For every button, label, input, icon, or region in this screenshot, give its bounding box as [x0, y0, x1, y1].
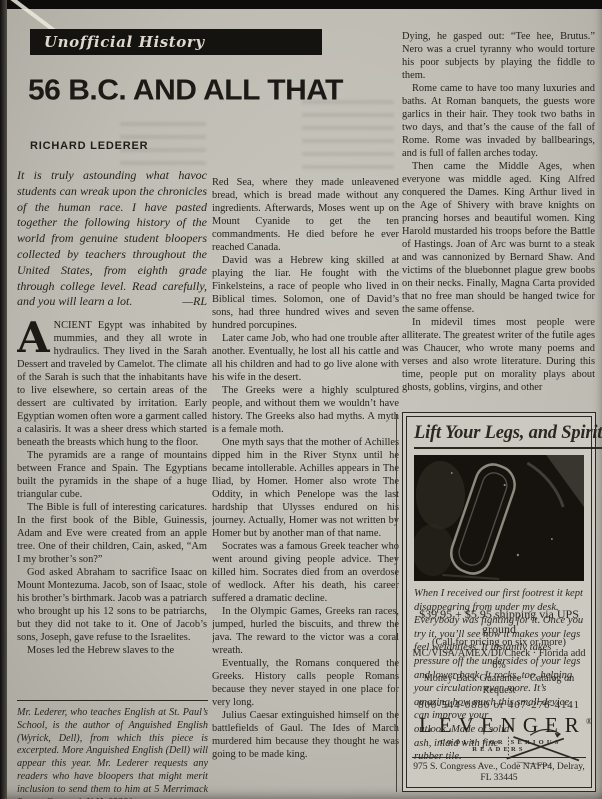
- magazine-page-scan: Unofficial History 56 B.C. AND ALL THAT …: [0, 0, 602, 799]
- scan-edge-top: [0, 0, 602, 9]
- body-paragraph: Moses led the Hebrew slaves to the: [17, 644, 207, 657]
- intro-signature: —RL: [182, 294, 207, 310]
- intro-text: It is truly astounding what havoc studen…: [17, 168, 207, 308]
- body-paragraph: Rome came to have too many luxuries and …: [402, 82, 595, 160]
- ad-payment-line: MC/VISA/AMEX/DI/Check · Florida add 6%: [412, 648, 586, 673]
- body-paragraph: Socrates was a famous Greek teacher who …: [212, 540, 399, 605]
- right-column: Dying, he gasped out: “Tee hee, Brutus.”…: [402, 30, 595, 410]
- intro-paragraph: It is truly astounding what havoc studen…: [17, 168, 207, 310]
- ad-price-note: (Call for pricing on six or more): [412, 637, 586, 648]
- drop-cap: A: [17, 319, 54, 355]
- body-paragraph: The Greeks were a highly sculptured peop…: [212, 384, 399, 436]
- footrest-photo: [414, 455, 584, 581]
- body-paragraph: One myth says that the mother of Achille…: [212, 436, 399, 540]
- ad-guarantee-line: Money-Back Guarantee · Catalog on Reques…: [412, 673, 586, 698]
- body-paragraph: God asked Abraham to sacrifice Isaac on …: [17, 566, 207, 644]
- registered-mark: ®: [586, 717, 592, 726]
- ad-footer-block: $39.95 + $5.95 shipping via UPS ground (…: [412, 607, 586, 784]
- byline: RICHARD LEDERER: [30, 140, 148, 152]
- lead-paragraph: ANCIENT Egypt was inhabited by mummies, …: [17, 319, 207, 449]
- levenger-wordmark: LEVENGER: [419, 713, 586, 737]
- body-paragraph: In midevil times most people were allite…: [402, 316, 595, 394]
- body-paragraph: Then came the Middle Ages, when everyone…: [402, 160, 595, 316]
- body-paragraph: The pyramids are a range of mountains be…: [17, 449, 207, 501]
- body-paragraph: David was a Hebrew king skilled at playi…: [212, 254, 399, 332]
- column-banner: Unofficial History: [30, 29, 322, 55]
- levenger-logo: LEVENGER®: [412, 713, 586, 738]
- body-paragraph: Red Sea, where they made unleavened brea…: [212, 176, 399, 254]
- left-column: It is truly astounding what havoc studen…: [17, 168, 207, 692]
- author-footnote: Mr. Lederer, who teaches English at St. …: [17, 700, 208, 799]
- body-paragraph: Dying, he gasped out: “Tee hee, Brutus.”…: [402, 30, 595, 82]
- ad-price: $39.95 + $5.95 shipping via UPS ground: [412, 607, 586, 637]
- ad-tagline: TOOLS FOR SERIOUS READERS: [412, 739, 586, 753]
- body-paragraph: The Bible is full of interesting caricat…: [17, 501, 207, 566]
- body-paragraph: Eventually, the Romans conquered the Gre…: [212, 657, 399, 709]
- banner-title: Unofficial History: [44, 33, 205, 51]
- ad-address: 975 S. Congress Ave., Code NAFP4, Delray…: [412, 757, 586, 784]
- levenger-ad: Lift Your Legs, and Spirits Wh: [402, 412, 596, 792]
- column-divider-rule: [396, 414, 397, 792]
- ad-headline: Lift Your Legs, and Spirits: [414, 423, 602, 449]
- ad-inner-frame: Lift Your Legs, and Spirits Wh: [406, 416, 592, 788]
- body-paragraph: In the Olympic Games, Greeks ran races, …: [212, 605, 399, 657]
- article-title: 56 B.C. AND ALL THAT: [28, 75, 343, 108]
- ink-bleedthrough: [302, 96, 394, 174]
- middle-column: Red Sea, where they made unleavened brea…: [212, 176, 399, 794]
- ad-phone-line: 800-544-0880 or 407-276-4141: [412, 699, 586, 711]
- body-paragraph: Later came Job, who had one trouble afte…: [212, 332, 399, 384]
- scan-edge-left: [0, 0, 7, 799]
- body-paragraph: Julius Caesar extinguished himself on th…: [212, 709, 399, 761]
